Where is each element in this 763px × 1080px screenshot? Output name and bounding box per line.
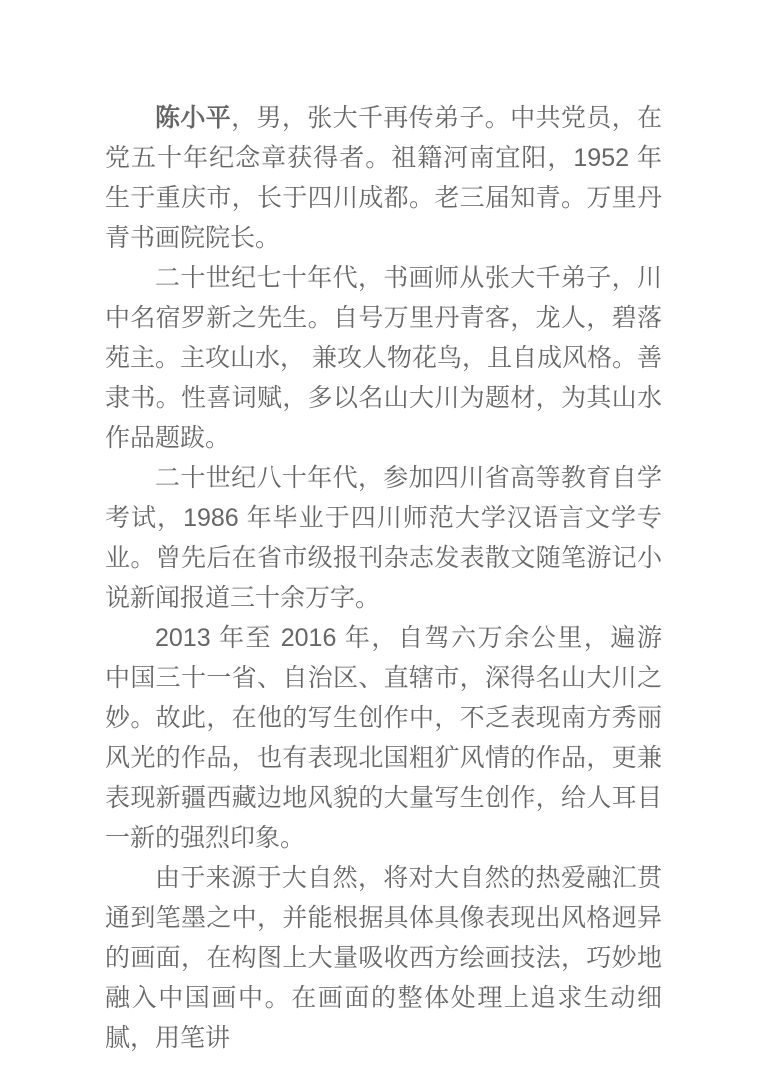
- paragraph-text: 由于来源于大自然，将对大自然的热爱融汇贯通到笔墨之中，并能根据具体具像表现出风格…: [105, 864, 662, 1052]
- bio-paragraph-1: 陈小平，男，张大千再传弟子。中共党员，在党五十年纪念章获得者。祖籍河南宜阳，19…: [105, 98, 662, 258]
- document-page: 陈小平，男，张大千再传弟子。中共党员，在党五十年纪念章获得者。祖籍河南宜阳，19…: [0, 0, 763, 1080]
- bio-paragraph-5: 由于来源于大自然，将对大自然的热爱融汇贯通到笔墨之中，并能根据具体具像表现出风格…: [105, 858, 662, 1058]
- bio-text-block: 陈小平，男，张大千再传弟子。中共党员，在党五十年纪念章获得者。祖籍河南宜阳，19…: [105, 98, 662, 1058]
- person-name: 陈小平: [155, 104, 231, 132]
- bio-paragraph-4: 2013 年至 2016 年，自驾六万余公里，遍游中国三十一省、自治区、直辖市，…: [105, 618, 662, 858]
- paragraph-text: 二十世纪七十年代，书画师从张大千弟子，川中名宿罗新之先生。自号万里丹青客，龙人，…: [105, 264, 662, 452]
- bio-paragraph-2: 二十世纪七十年代，书画师从张大千弟子，川中名宿罗新之先生。自号万里丹青客，龙人，…: [105, 258, 662, 458]
- bio-paragraph-3: 二十世纪八十年代，参加四川省高等教育自学考试，1986 年毕业于四川师范大学汉语…: [105, 458, 662, 618]
- paragraph-text: 二十世纪八十年代，参加四川省高等教育自学考试，1986 年毕业于四川师范大学汉语…: [105, 464, 662, 612]
- paragraph-text: 2013 年至 2016 年，自驾六万余公里，遍游中国三十一省、自治区、直辖市，…: [105, 624, 662, 852]
